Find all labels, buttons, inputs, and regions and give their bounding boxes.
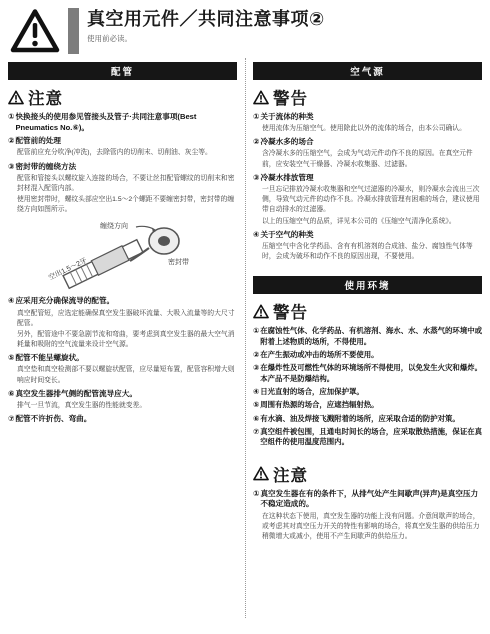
item-body: 压缩空气中含化学药品、含有有机溶剂的合成油、盐分、腐蚀性气体等时，会成为破坏和动…: [262, 242, 482, 262]
list-item: ①真空发生器在有的条件下，从排气处产生间歇声(异声)是真空压力不稳定造成的。 在…: [253, 489, 482, 542]
item-number: ④: [253, 387, 259, 397]
item-number: ②: [8, 136, 14, 147]
environment-items: ①在腐蚀性气体、化学药品、有机溶剂、海水、水、水蒸气的环境中或附着上述物质的场所…: [253, 326, 482, 448]
caution-triangle-icon: [253, 466, 269, 481]
list-item: ④应采用充分确保流导的配管。 真空配管短，应选定能确保真空发生器破坏流量、大吸入…: [8, 296, 237, 350]
list-item: ⑥有水滴、油及焊接飞溅附着的场所，应采取合适的防护对策。: [253, 414, 482, 424]
item-number: ④: [253, 230, 259, 241]
item-heading: 有水滴、油及焊接飞溅附着的场所，应采取合适的防护对策。: [260, 414, 460, 424]
list-item: ②在产生振动或冲击的场所不要使用。: [253, 350, 482, 360]
list-item: ⑥真空发生器排气侧的配管流导应大。 排气一旦节流，真空发生器的性能就变差。: [8, 389, 237, 411]
item-body: 使用流体为压缩空气。使用除此以外的流体的场合，由本公司确认。: [262, 124, 482, 134]
item-body: 含冷凝水多的压缩空气，会成为气动元件动作不良的原因。在真空元件前，应安装空气干燥…: [262, 149, 482, 169]
left-column: 配管 注意 ①快换接头的使用参见管接头及管子·共同注意事项(Best Pneum…: [8, 62, 237, 618]
item-heading: 周围有热源的场合，应遮挡辐射热。: [260, 400, 378, 410]
item-number: ①: [8, 112, 14, 133]
page-title: 真空用元件／共同注意事项②: [87, 9, 325, 30]
item-number: ④: [8, 296, 14, 307]
item-heading: 冷凝水多的场合: [260, 137, 313, 148]
warning-label: 警告: [273, 85, 308, 109]
item-body: 一旦忘记排放冷凝水收集器和空气过滤器的冷凝水，则冷凝水会流出三次侧，导致气动元件…: [262, 185, 482, 227]
item-body: 配管和管接头以螺纹旋入连接的场合，不要让丝扣配管螺纹的切削末和密封材混入配管内部…: [17, 174, 237, 216]
page-header: 真空用元件／共同注意事项② 使用前必读。: [0, 0, 490, 58]
item-number: ⑦: [8, 414, 14, 425]
list-item: ④关于空气的种类 压缩空气中含化学药品、含有有机溶剂的合成油、盐分、腐蚀性气体等…: [253, 230, 482, 263]
item-body: 在这种状态下使用，真空发生器的功能上没有问题。介意间歇声的场合，或考虑其对真空压…: [262, 512, 482, 543]
item-heading: 真空发生器在有的条件下，从排气处产生间歇声(异声)是真空压力不稳定造成的。: [260, 489, 482, 510]
section-bar-piping: 配管: [8, 62, 237, 80]
list-item: ②配管前的处理 配管前应充分吹净(冲洗)，去除管内的切削末、切削油、灰尘等。: [8, 136, 237, 158]
warning-label: 警告: [273, 299, 308, 323]
item-number: ③: [253, 173, 259, 184]
diagram-label-direction: 缠绕方向: [100, 221, 128, 230]
list-item: ⑤周围有热源的场合，应遮挡辐射热。: [253, 400, 482, 410]
item-number: ③: [253, 363, 259, 384]
item-heading: 在产生振动或冲击的场所不要使用。: [260, 350, 378, 360]
list-item: ①快换接头的使用参见管接头及管子·共同注意事项(Best Pneumatics …: [8, 112, 237, 133]
item-number: ⑥: [8, 389, 14, 400]
seal-tape-diagram: 缠绕方向 密封带 空出1.5～2牙: [8, 218, 237, 292]
item-number: ②: [253, 350, 259, 360]
item-heading: 配管前的处理: [15, 136, 61, 147]
page-subtitle: 使用前必读。: [87, 33, 325, 44]
item-number: ⑦: [253, 427, 259, 448]
item-body: 排气一旦节流，真空发生器的性能就变差。: [17, 401, 237, 411]
item-heading: 日光直射的场合，应加保护罩。: [260, 387, 363, 397]
item-number: ①: [253, 489, 259, 510]
caution-heading-piping: 注意: [8, 85, 237, 109]
item-heading: 冷凝水排放管理: [260, 173, 313, 184]
caution-label: 注意: [273, 462, 308, 486]
item-heading: 真空组件被包围，且通电时间长的场合，应采取散热措施，保证在真空组件的使用温度范围…: [260, 427, 482, 448]
list-item: ③密封带的缠绕方法 配管和管接头以螺纹旋入连接的场合，不要让丝扣配管螺纹的切削末…: [8, 162, 237, 216]
item-heading: 在腐蚀性气体、化学药品、有机溶剂、海水、水、水蒸气的环境中或附着上述物质的场所，…: [260, 326, 482, 347]
list-item: ③冷凝水排放管理 一旦忘记排放冷凝水收集器和空气过滤器的冷凝水，则冷凝水会流出三…: [253, 173, 482, 227]
caution-label: 注意: [28, 85, 63, 109]
item-heading: 关于流体的种类: [260, 112, 313, 123]
list-item: ②冷凝水多的场合 含冷凝水多的压缩空气，会成为气动元件动作不良的原因。在真空元件…: [253, 137, 482, 170]
section-bar-air-source: 空气源: [253, 62, 482, 80]
warning-triangle-icon: [253, 304, 269, 319]
caution-triangle-icon: [8, 90, 24, 105]
item-heading: 快换接头的使用参见管接头及管子·共同注意事项(Best Pneumatics N…: [15, 112, 237, 133]
item-number: ②: [253, 137, 259, 148]
title-accent-bar: [68, 8, 79, 54]
item-number: ③: [8, 162, 14, 173]
content-columns: 配管 注意 ①快换接头的使用参见管接头及管子·共同注意事项(Best Pneum…: [0, 58, 490, 618]
item-number: ①: [253, 112, 259, 123]
item-body: 真空垫和真空检测部不要以螺旋状配管，应尽量短布置，配管容积增大则响应时间变长。: [17, 365, 237, 385]
item-number: ⑤: [253, 400, 259, 410]
item-heading: 关于空气的种类: [260, 230, 313, 241]
list-item: ①在腐蚀性气体、化学药品、有机溶剂、海水、水、水蒸气的环境中或附着上述物质的场所…: [253, 326, 482, 347]
item-heading: 真空发生器排气侧的配管流导应大。: [15, 389, 137, 400]
diagram-label-tape: 密封带: [168, 257, 189, 266]
item-heading: 应采用充分确保流导的配管。: [15, 296, 114, 307]
list-item: ⑦真空组件被包围，且通电时间长的场合，应采取散热措施，保证在真空组件的使用温度范…: [253, 427, 482, 448]
item-body: 配管前应充分吹净(冲洗)，去除管内的切削末、切削油、灰尘等。: [17, 148, 237, 158]
list-item: ③在爆炸性及可燃性气体的环境场所不得使用，以免发生火灾和爆炸。本产品不是防爆结构…: [253, 363, 482, 384]
item-number: ①: [253, 326, 259, 347]
item-heading: 在爆炸性及可燃性气体的环境场所不得使用，以免发生火灾和爆炸。本产品不是防爆结构。: [260, 363, 482, 384]
item-heading: 密封带的缠绕方法: [15, 162, 76, 173]
item-body: 真空配管短，应选定能确保真空发生器破坏流量、大吸入流量等的大尺寸配管。 另外，配…: [17, 309, 237, 351]
caution-heading-bottom: 注意: [253, 462, 482, 486]
item-heading: 配管不许折伤、弯曲。: [15, 414, 91, 425]
warning-heading-environment: 警告: [253, 299, 482, 323]
warning-triangle-icon: [253, 90, 269, 105]
item-number: ⑤: [8, 353, 14, 364]
item-number: ⑥: [253, 414, 259, 424]
warning-heading-air: 警告: [253, 85, 482, 109]
item-heading: 配管不能呈螺旋状。: [15, 353, 83, 364]
list-item: ⑤配管不能呈螺旋状。 真空垫和真空检测部不要以螺旋状配管，应尽量短布置，配管容积…: [8, 353, 237, 386]
section-bar-environment: 使用环境: [253, 276, 482, 294]
list-item: ⑦配管不许折伤、弯曲。: [8, 414, 237, 425]
list-item: ④日光直射的场合，应加保护罩。: [253, 387, 482, 397]
right-column: 空气源 警告 ①关于流体的种类 使用流体为压缩空气。使用除此以外的流体的场合，由…: [253, 62, 482, 618]
warning-triangle-icon: [10, 8, 60, 54]
title-block: 真空用元件／共同注意事项② 使用前必读。: [87, 8, 325, 44]
list-item: ①关于流体的种类 使用流体为压缩空气。使用除此以外的流体的场合，由本公司确认。: [253, 112, 482, 134]
